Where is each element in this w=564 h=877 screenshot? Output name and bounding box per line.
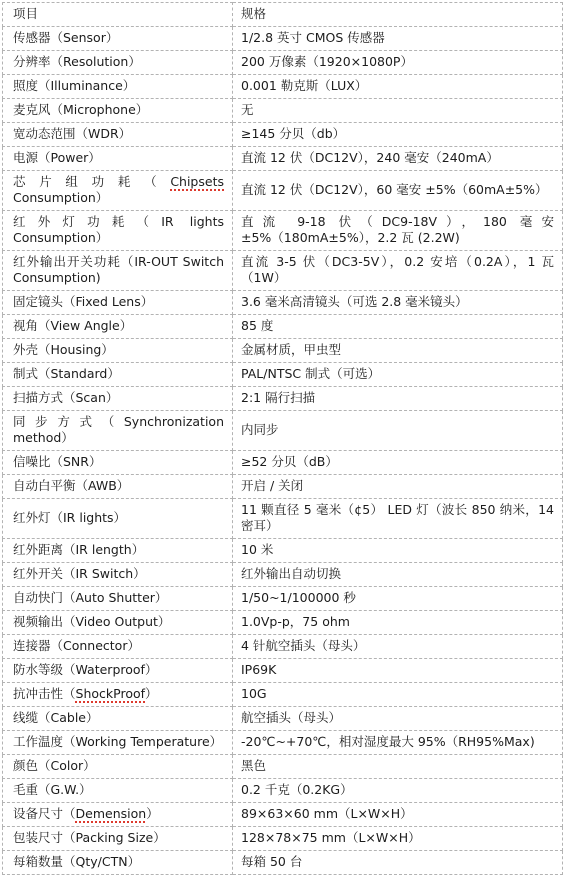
value-cell: -20℃~+70℃，相对湿度最大 95%（RH95%Max) (233, 731, 563, 755)
header-cell-spec: 规格 (233, 3, 563, 27)
label-cell: 传感器（Sensor） (3, 27, 233, 51)
label-cell: 每箱数量（Qty/CTN） (3, 851, 233, 875)
value-cell: PAL/NTSC 制式（可选） (233, 363, 563, 387)
value-cell: 直流 12 伏（DC12V），60 毫安 ±5%（60mA±5%） (233, 171, 563, 211)
table-row-awb: 自动白平衡（AWB） 开启 / 关闭 (3, 475, 563, 499)
value-cell: ≥145 分贝（db） (233, 123, 563, 147)
value-cell: 红外输出自动切换 (233, 563, 563, 587)
table-row-resolution: 分辨率（Resolution） 200 万像素（1920×1080P） (3, 51, 563, 75)
label-cell: 红外灯功耗（IR lights Consumption） (3, 211, 233, 251)
table-row-qty-ctn: 每箱数量（Qty/CTN） 每箱 50 台 (3, 851, 563, 875)
label-cell: 麦克风（Microphone） (3, 99, 233, 123)
value-cell: 85 度 (233, 315, 563, 339)
value-cell: 直流 3-5 伏（DC3-5V），0.2 安培（0.2A），1 瓦（1W） (233, 251, 563, 291)
label-cell: 制式（Standard） (3, 363, 233, 387)
value-cell: 4 针航空插头（母头） (233, 635, 563, 659)
table-row-gross-weight: 毛重（G.W.） 0.2 千克（0.2KG） (3, 779, 563, 803)
label-text: ） (145, 686, 158, 701)
table-row-working-temperature: 工作温度（Working Temperature） -20℃~+70℃，相对湿度… (3, 731, 563, 755)
label-cell: 外壳（Housing） (3, 339, 233, 363)
misspelled-word: ShockProof (76, 686, 146, 701)
value-cell: 200 万像素（1920×1080P） (233, 51, 563, 75)
label-text: ） (146, 806, 159, 821)
value-cell: 1/2.8 英寸 CMOS 传感器 (233, 27, 563, 51)
label-cell: 宽动态范围（WDR） (3, 123, 233, 147)
table-row-sensor: 传感器（Sensor） 1/2.8 英寸 CMOS 传感器 (3, 27, 563, 51)
header-cell-item: 项目 (3, 3, 233, 27)
value-cell: 1.0Vp-p，75 ohm (233, 611, 563, 635)
value-cell: 128×78×75 mm（L×W×H） (233, 827, 563, 851)
misspelled-word: Chipsets (170, 174, 224, 189)
value-cell: 1/50~1/100000 秒 (233, 587, 563, 611)
table-row-illuminance: 照度（Illuminance） 0.001 勒克斯（LUX） (3, 75, 563, 99)
value-cell: 10G (233, 683, 563, 707)
table-row-housing: 外壳（Housing） 金属材质，甲虫型 (3, 339, 563, 363)
table-row-packing-size: 包装尺寸（Packing Size） 128×78×75 mm（L×W×H） (3, 827, 563, 851)
value-cell: 开启 / 关闭 (233, 475, 563, 499)
table-row-cable: 线缆（Cable） 航空插头（母头） (3, 707, 563, 731)
label-cell: 毛重（G.W.） (3, 779, 233, 803)
table-row-view-angle: 视角（View Angle） 85 度 (3, 315, 563, 339)
label-cell: 视频输出（Video Output） (3, 611, 233, 635)
table-row-shockproof: 抗冲击性（ShockProof） 10G (3, 683, 563, 707)
table-row-ir-out-switch-consumption: 红外输出开关功耗（IR-OUT Switch Consumption) 直流 3… (3, 251, 563, 291)
spec-table: 项目 规格 传感器（Sensor） 1/2.8 英寸 CMOS 传感器 分辨率（… (2, 2, 563, 875)
table-row-microphone: 麦克风（Microphone） 无 (3, 99, 563, 123)
table-row-scan: 扫描方式（Scan） 2:1 隔行扫描 (3, 387, 563, 411)
value-cell: 10 米 (233, 539, 563, 563)
label-cell: 工作温度（Working Temperature） (3, 731, 233, 755)
label-cell: 线缆（Cable） (3, 707, 233, 731)
value-cell: 11 颗直径 5 毫米（¢5） LED 灯（波长 850 纳米，14 密耳） (233, 499, 563, 539)
label-cell: 红外输出开关功耗（IR-OUT Switch Consumption) (3, 251, 233, 291)
value-cell: ≥52 分贝（dB） (233, 451, 563, 475)
table-row-standard: 制式（Standard） PAL/NTSC 制式（可选） (3, 363, 563, 387)
label-cell: 固定镜头（Fixed Lens） (3, 291, 233, 315)
value-cell: 3.6 毫米高清镜头（可选 2.8 毫米镜头） (233, 291, 563, 315)
label-cell: 自动快门（Auto Shutter） (3, 587, 233, 611)
value-cell: 2:1 隔行扫描 (233, 387, 563, 411)
label-cell: 自动白平衡（AWB） (3, 475, 233, 499)
table-row-ir-lights: 红外灯（IR lights） 11 颗直径 5 毫米（¢5） LED 灯（波长 … (3, 499, 563, 539)
label-cell: 照度（Illuminance） (3, 75, 233, 99)
label-cell: 颜色（Color） (3, 755, 233, 779)
label-cell: 抗冲击性（ShockProof） (3, 683, 233, 707)
table-row-wdr: 宽动态范围（WDR） ≥145 分贝（db） (3, 123, 563, 147)
value-cell: IP69K (233, 659, 563, 683)
value-cell: 0.001 勒克斯（LUX） (233, 75, 563, 99)
table-row-dimension: 设备尺寸（Demension） 89×63×60 mm（L×W×H） (3, 803, 563, 827)
misspelled-word: Demension (76, 806, 147, 821)
label-cell: 视角（View Angle） (3, 315, 233, 339)
label-text: 抗冲击性（ (13, 686, 76, 701)
label-cell: 红外开关（IR Switch） (3, 563, 233, 587)
label-cell: 分辨率（Resolution） (3, 51, 233, 75)
label-text: Consumption） (13, 190, 108, 205)
value-cell: 黑色 (233, 755, 563, 779)
label-cell: 设备尺寸（Demension） (3, 803, 233, 827)
table-row-auto-shutter: 自动快门（Auto Shutter） 1/50~1/100000 秒 (3, 587, 563, 611)
label-cell: 同步方式（Synchronization method） (3, 411, 233, 451)
value-cell: 航空插头（母头） (233, 707, 563, 731)
table-row-color: 颜色（Color） 黑色 (3, 755, 563, 779)
label-text: 芯片组功耗（ (13, 174, 170, 189)
value-cell: 直流 12 伏（DC12V），240 毫安（240mA） (233, 147, 563, 171)
table-row-connector: 连接器（Connector） 4 针航空插头（母头） (3, 635, 563, 659)
table-row-ir-lights-consumption: 红外灯功耗（IR lights Consumption） 直流 9-18 伏（D… (3, 211, 563, 251)
table-row-video-output: 视频输出（Video Output） 1.0Vp-p，75 ohm (3, 611, 563, 635)
table-header-row: 项目 规格 (3, 3, 563, 27)
table-row-sync-method: 同步方式（Synchronization method） 内同步 (3, 411, 563, 451)
table-row-chipsets-consumption: 芯片组功耗（Chipsets Consumption） 直流 12 伏（DC12… (3, 171, 563, 211)
value-cell: 无 (233, 99, 563, 123)
table-row-fixed-lens: 固定镜头（Fixed Lens） 3.6 毫米高清镜头（可选 2.8 毫米镜头） (3, 291, 563, 315)
label-cell: 信噪比（SNR） (3, 451, 233, 475)
value-cell: 每箱 50 台 (233, 851, 563, 875)
table-row-ir-length: 红外距离（IR length） 10 米 (3, 539, 563, 563)
label-cell: 防水等级（Waterproof） (3, 659, 233, 683)
value-cell: 内同步 (233, 411, 563, 451)
value-cell: 直流 9-18 伏（DC9-18V），180 毫安 ±5%（180mA±5%），… (233, 211, 563, 251)
table-row-snr: 信噪比（SNR） ≥52 分贝（dB） (3, 451, 563, 475)
table-row-power: 电源（Power） 直流 12 伏（DC12V），240 毫安（240mA） (3, 147, 563, 171)
value-cell: 金属材质，甲虫型 (233, 339, 563, 363)
label-cell: 扫描方式（Scan） (3, 387, 233, 411)
spec-table-body: 项目 规格 传感器（Sensor） 1/2.8 英寸 CMOS 传感器 分辨率（… (3, 3, 563, 875)
label-cell: 连接器（Connector） (3, 635, 233, 659)
value-cell: 89×63×60 mm（L×W×H） (233, 803, 563, 827)
label-text: 设备尺寸（ (13, 806, 76, 821)
label-cell: 包装尺寸（Packing Size） (3, 827, 233, 851)
label-cell: 红外距离（IR length） (3, 539, 233, 563)
label-cell: 红外灯（IR lights） (3, 499, 233, 539)
table-row-waterproof: 防水等级（Waterproof） IP69K (3, 659, 563, 683)
label-cell: 芯片组功耗（Chipsets Consumption） (3, 171, 233, 211)
value-cell: 0.2 千克（0.2KG） (233, 779, 563, 803)
table-row-ir-switch: 红外开关（IR Switch） 红外输出自动切换 (3, 563, 563, 587)
label-cell: 电源（Power） (3, 147, 233, 171)
